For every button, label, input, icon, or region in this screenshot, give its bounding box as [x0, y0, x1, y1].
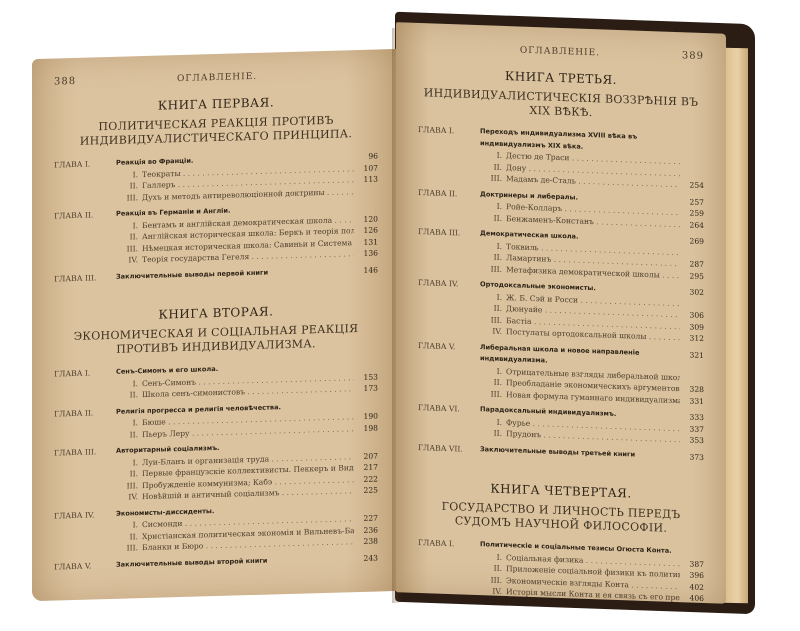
chapter-row: ГЛАВА III.Заключительные выводы первой к… [54, 264, 378, 285]
chapter-page [680, 546, 704, 558]
section-page: 131 [354, 236, 378, 248]
section-page: 107 [354, 162, 378, 174]
section-number: II. [116, 429, 142, 441]
table-of-contents: КНИГА ТРЕТЬЯ.ИНДИВИДУАЛИСТИЧЕСКІЯ ВОЗЗРѢ… [418, 66, 704, 604]
section-number: I. [116, 519, 142, 531]
chapter-label: ГЛАВА II. [418, 187, 480, 201]
section-number: III. [480, 172, 506, 184]
book-section: КНИГА ТРЕТЬЯ.ИНДИВИДУАЛИСТИЧЕСКІЯ ВОЗЗРѢ… [418, 66, 704, 463]
section-page: 406 [680, 592, 704, 604]
section-page: 190 [354, 410, 378, 422]
chapter-list: ГЛАВА I.Реакція во Франціи.96I.Теократы1… [54, 150, 378, 284]
chapter-label: ГЛАВА I. [54, 367, 116, 380]
chapter-page [680, 133, 704, 157]
section-number: I. [116, 169, 142, 181]
chapter-title: Заключительные выводы первой книги [116, 265, 354, 283]
open-book: 388 ОГЛАВЛЕНІЕ. КНИГА ПЕРВАЯ.ПОЛИТИЧЕСКА… [0, 0, 800, 631]
section-page: 328 [680, 383, 704, 395]
right-page: ОГЛАВЛЕНІЕ. 389 КНИГА ТРЕТЬЯ.ИНДИВИДУАЛИ… [396, 22, 726, 604]
section-number: II. [480, 427, 506, 439]
section-page: 173 [354, 382, 378, 394]
section-number: II. [480, 212, 506, 224]
left-page: 388 ОГЛАВЛЕНІЕ. КНИГА ПЕРВАЯ.ПОЛИТИЧЕСКА… [32, 49, 400, 601]
chapter-label: ГЛАВА VI. [418, 402, 480, 416]
section-page: 309 [680, 321, 704, 333]
chapter-page: 146 [354, 264, 378, 276]
book-section: КНИГА ЧЕТВЕРТАЯ.ГОСУДАРСТВО И ЛИЧНОСТЬ П… [418, 479, 704, 604]
section-page [680, 247, 704, 259]
section-page: 238 [354, 535, 378, 547]
section-page: 236 [354, 524, 378, 536]
running-head-title: ОГЛАВЛЕНІЕ. [520, 46, 600, 59]
chapter-list: ГЛАВА I.Переходъ индивидуализма XVIII вѣ… [418, 124, 704, 463]
book-subtitle: ЭКОНОМИЧЕСКАЯ И СОЦІАЛЬНАЯ РЕАКЦІЯ ПРОТИ… [54, 321, 378, 358]
section-number: I. [480, 240, 506, 252]
chapter-label: ГЛАВА V. [418, 340, 480, 365]
section-page [354, 185, 378, 197]
section-number: III. [116, 243, 142, 255]
page-number: 389 [682, 50, 704, 62]
chapter-title: Заключительные выводы второй книги [116, 553, 354, 571]
section-page: 337 [680, 423, 704, 435]
section-page: 402 [680, 581, 704, 593]
chapter-page: 243 [354, 552, 378, 564]
section-number: I. [480, 149, 506, 161]
section-number: II. [480, 302, 506, 314]
section-number: II. [480, 562, 506, 574]
section-number: I. [480, 551, 506, 563]
section-page: 222 [354, 473, 378, 485]
chapter-page: 257 [680, 196, 704, 208]
section-number: II. [480, 376, 506, 388]
section-page: 153 [354, 371, 378, 383]
section-page: 264 [680, 219, 704, 231]
section-page [680, 168, 704, 180]
chapter-label: ГЛАВА I. [54, 158, 116, 171]
chapter-label: ГЛАВА III. [418, 226, 480, 240]
section-number: I. [116, 417, 142, 429]
chapter-label: ГЛАВА IV. [54, 508, 116, 521]
running-header: 388 ОГЛАВЛЕНІЕ. [54, 67, 378, 87]
section-page: 198 [354, 422, 378, 434]
chapter-list: ГЛАВА I.Сенъ-Симонъ и его школа.I.Сенъ-С… [54, 359, 378, 572]
section-page [680, 372, 704, 384]
section-number: II. [480, 251, 506, 263]
section-number: II. [116, 468, 142, 480]
section-number: III. [480, 314, 506, 326]
section-number: IV. [480, 325, 506, 337]
chapter-label: ГЛАВА I. [418, 537, 480, 551]
section-page: 136 [354, 247, 378, 259]
chapter-page: 321 [680, 349, 704, 373]
section-page: 126 [354, 224, 378, 236]
running-head-title: ОГЛАВЛЕНІЕ. [177, 72, 257, 84]
chapter-page: 269 [680, 235, 704, 247]
section-page: 217 [354, 461, 378, 473]
chapter-row: ГЛАВА V.Заключительные выводы второй кни… [54, 552, 378, 573]
book-subtitle: ПОЛИТИЧЕСКАЯ РЕАКЦІЯ ПРОТИВЪ ИНДИВИДУАЛИ… [54, 112, 378, 149]
section-page: 227 [354, 512, 378, 524]
section-number: I. [116, 457, 142, 469]
section-number: II. [116, 531, 142, 543]
section-page: 259 [680, 207, 704, 219]
section-page: 287 [680, 258, 704, 270]
chapter-page: 373 [680, 451, 704, 463]
chapter-page: 96 [354, 150, 378, 162]
book-title: КНИГА ЧЕТВЕРТАЯ. [418, 479, 704, 503]
table-of-contents: КНИГА ПЕРВАЯ.ПОЛИТИЧЕСКАЯ РЕАКЦІЯ ПРОТИВ… [54, 92, 378, 572]
section-number: IV. [480, 585, 506, 597]
chapter-page: 302 [680, 286, 704, 298]
book-title: КНИГА ТРЕТЬЯ. [418, 66, 704, 90]
chapter-label: ГЛАВА III. [54, 446, 116, 459]
section-number: II. [116, 389, 142, 401]
section-number: III. [480, 263, 506, 275]
section-page: 353 [680, 434, 704, 446]
book-subtitle: ГОСУДАРСТВО И ЛИЧНОСТЬ ПЕРЕДЪ СУДОМЪ НАУ… [418, 499, 704, 537]
section-page: 312 [680, 332, 704, 344]
section-number: III. [480, 388, 506, 400]
section-number: III. [116, 480, 142, 492]
section-number: II. [116, 180, 142, 192]
section-number: I. [480, 200, 506, 212]
section-number: I. [116, 378, 142, 390]
chapter-page [354, 201, 378, 213]
section-page: 295 [680, 270, 704, 282]
section-page: 387 [680, 558, 704, 570]
chapter-page [354, 359, 378, 371]
section-page: 331 [680, 395, 704, 407]
section-number: II. [116, 231, 142, 243]
chapter-page [354, 399, 378, 411]
chapter-label: ГЛАВА III. [54, 271, 116, 284]
chapter-label: ГЛАВА IV. [418, 277, 480, 291]
section-page: 396 [680, 569, 704, 581]
section-number: IV. [116, 491, 142, 503]
section-number: III. [480, 574, 506, 586]
chapter-label: ГЛАВА II. [54, 406, 116, 419]
book-title: КНИГА ВТОРАЯ. [54, 301, 378, 324]
section-page [680, 298, 704, 310]
section-number: III. [116, 192, 142, 204]
chapter-page [354, 438, 378, 450]
section-number: I. [480, 365, 506, 377]
section-page [680, 156, 704, 168]
chapter-page [354, 501, 378, 513]
section-number: I. [480, 416, 506, 428]
chapter-label: ГЛАВА V. [54, 559, 116, 572]
section-page: 113 [354, 173, 378, 185]
section-number: II. [480, 161, 506, 173]
chapter-title: Заключительные выводы третьей книги [480, 444, 680, 462]
section-number: I. [116, 220, 142, 232]
section-page: 120 [354, 213, 378, 225]
book-section: КНИГА ПЕРВАЯ.ПОЛИТИЧЕСКАЯ РЕАКЦІЯ ПРОТИВ… [54, 92, 378, 284]
chapter-label: ГЛАВА VII. [418, 442, 480, 456]
section-number: I. [480, 291, 506, 303]
section-page: 306 [680, 309, 704, 321]
chapter-list: ГЛАВА I.Политическіе и соціальные тезисы… [418, 537, 704, 604]
chapter-label: ГЛАВА II. [54, 209, 116, 222]
section-number: III. [116, 542, 142, 554]
section-page: 225 [354, 484, 378, 496]
section-page: 254 [680, 179, 704, 191]
section-number: IV. [116, 254, 142, 266]
page-number: 388 [54, 76, 76, 88]
chapter-label: ГЛАВА I. [418, 124, 480, 149]
chapter-page: 333 [680, 411, 704, 423]
section-page: 207 [354, 450, 378, 462]
book-subtitle: ИНДИВИДУАЛИСТИЧЕСКІЯ ВОЗЗРѢНІЯ ВЪ XIX ВѢ… [418, 86, 704, 124]
running-header: ОГЛАВЛЕНІЕ. 389 [418, 41, 704, 62]
book-section: КНИГА ВТОРАЯ.ЭКОНОМИЧЕСКАЯ И СОЦІАЛЬНАЯ … [54, 301, 378, 572]
book-title: КНИГА ПЕРВАЯ. [54, 92, 378, 115]
